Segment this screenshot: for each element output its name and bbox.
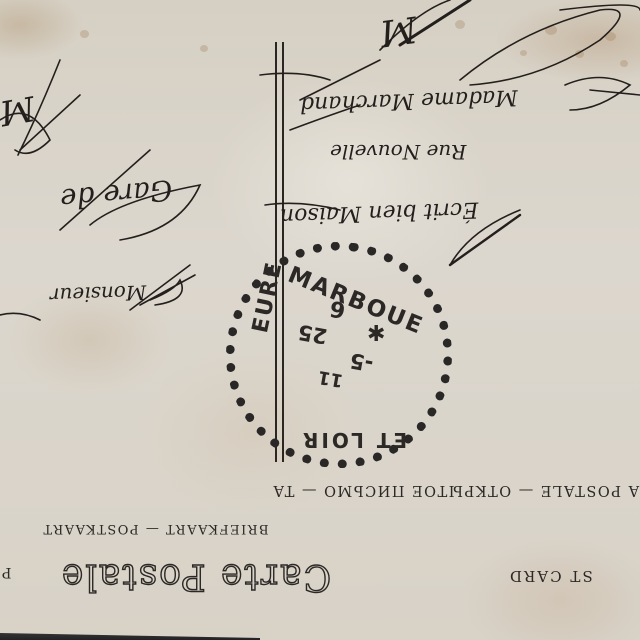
postcard: Madame Marchand Rue Nouvelle Écrit bien … [0, 0, 640, 640]
handwritten-address-line: Rue Nouvelle [330, 140, 466, 164]
postmark-day: 25 [296, 320, 329, 349]
printed-fragment: P [2, 564, 11, 580]
printed-title: Carte Postale [60, 556, 331, 597]
handwritten-initial: M [377, 8, 419, 54]
postmark-month: -5 [348, 348, 375, 376]
printed-english-fragment: ST CARD [508, 567, 593, 585]
printed-multilingual-header: INA POSTALE — OTKPЫTOE ПИСЬМО — TA [272, 482, 640, 498]
handwritten-initial: M [0, 87, 38, 132]
printed-dutch-header: BRIEFKAART — POSTKAART [42, 521, 269, 536]
postmark-star-icon: ✱ [367, 322, 385, 347]
postmark-year: 11 [316, 366, 344, 391]
handwritten-message-line: Monsieur [50, 280, 147, 307]
postmark-department-suffix: ET LOIR [300, 428, 407, 452]
